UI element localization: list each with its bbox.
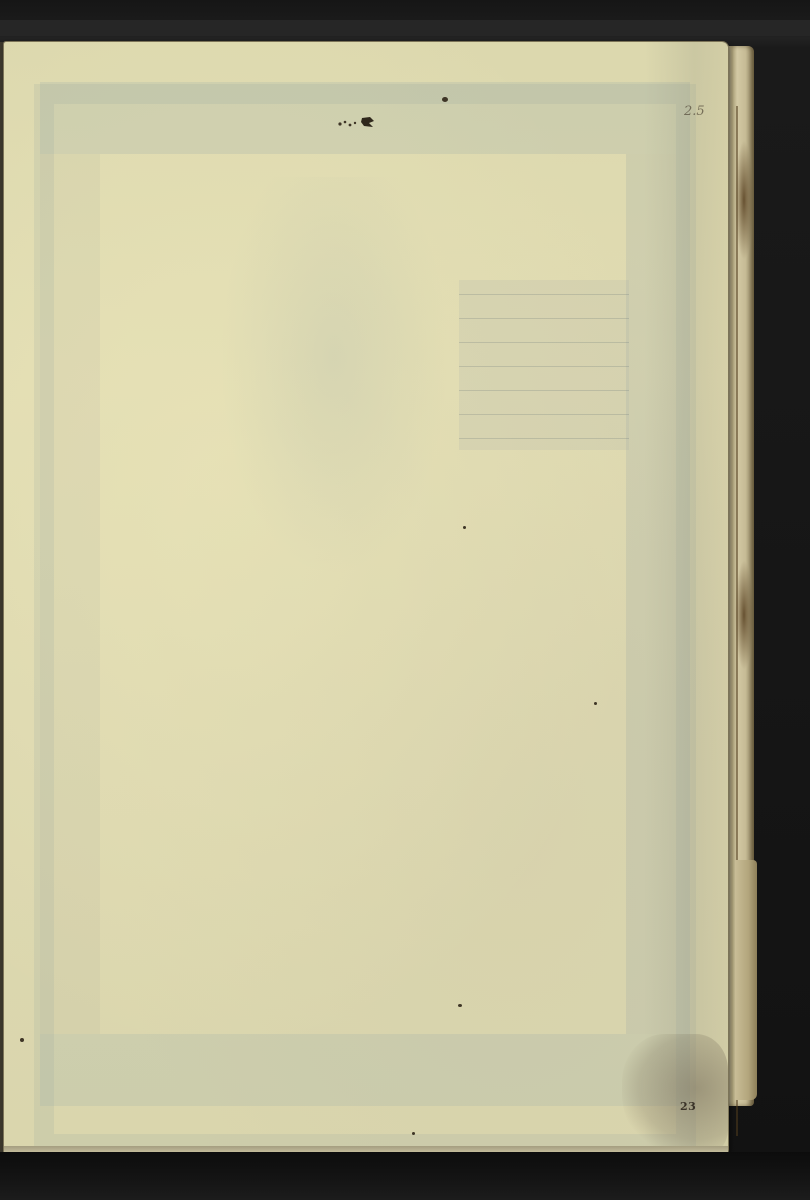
book-page: 2.5 23 <box>4 42 728 1154</box>
scanner-top-strip <box>0 20 810 36</box>
show-through-rule <box>459 438 629 439</box>
ink-speck <box>594 702 597 705</box>
scan-scene: 2.5 23 <box>0 0 810 1200</box>
ink-speck <box>442 97 448 102</box>
water-stain <box>622 1034 728 1154</box>
show-through-rule <box>459 414 629 415</box>
show-through-rule <box>459 342 629 343</box>
page-number: 23 <box>680 1100 696 1113</box>
ink-speck <box>458 1004 462 1007</box>
edge-burn-mark <box>735 140 753 260</box>
show-through-table-block <box>459 280 629 450</box>
ink-speck <box>412 1132 415 1135</box>
show-through-rule <box>459 294 629 295</box>
show-through-rule <box>459 318 629 319</box>
protruding-page-tab <box>735 860 757 1100</box>
show-through-figure <box>219 177 449 577</box>
show-through-rule <box>459 366 629 367</box>
ink-blot-icon <box>334 114 380 130</box>
edge-burn-mark <box>735 560 753 670</box>
page-curl-shadow <box>644 42 728 1154</box>
handwritten-shelf-mark: 2.5 <box>684 104 705 119</box>
show-through-rule <box>459 390 629 391</box>
scanner-bottom-background <box>0 1152 810 1200</box>
ink-speck <box>463 526 466 529</box>
ink-speck <box>20 1038 24 1042</box>
